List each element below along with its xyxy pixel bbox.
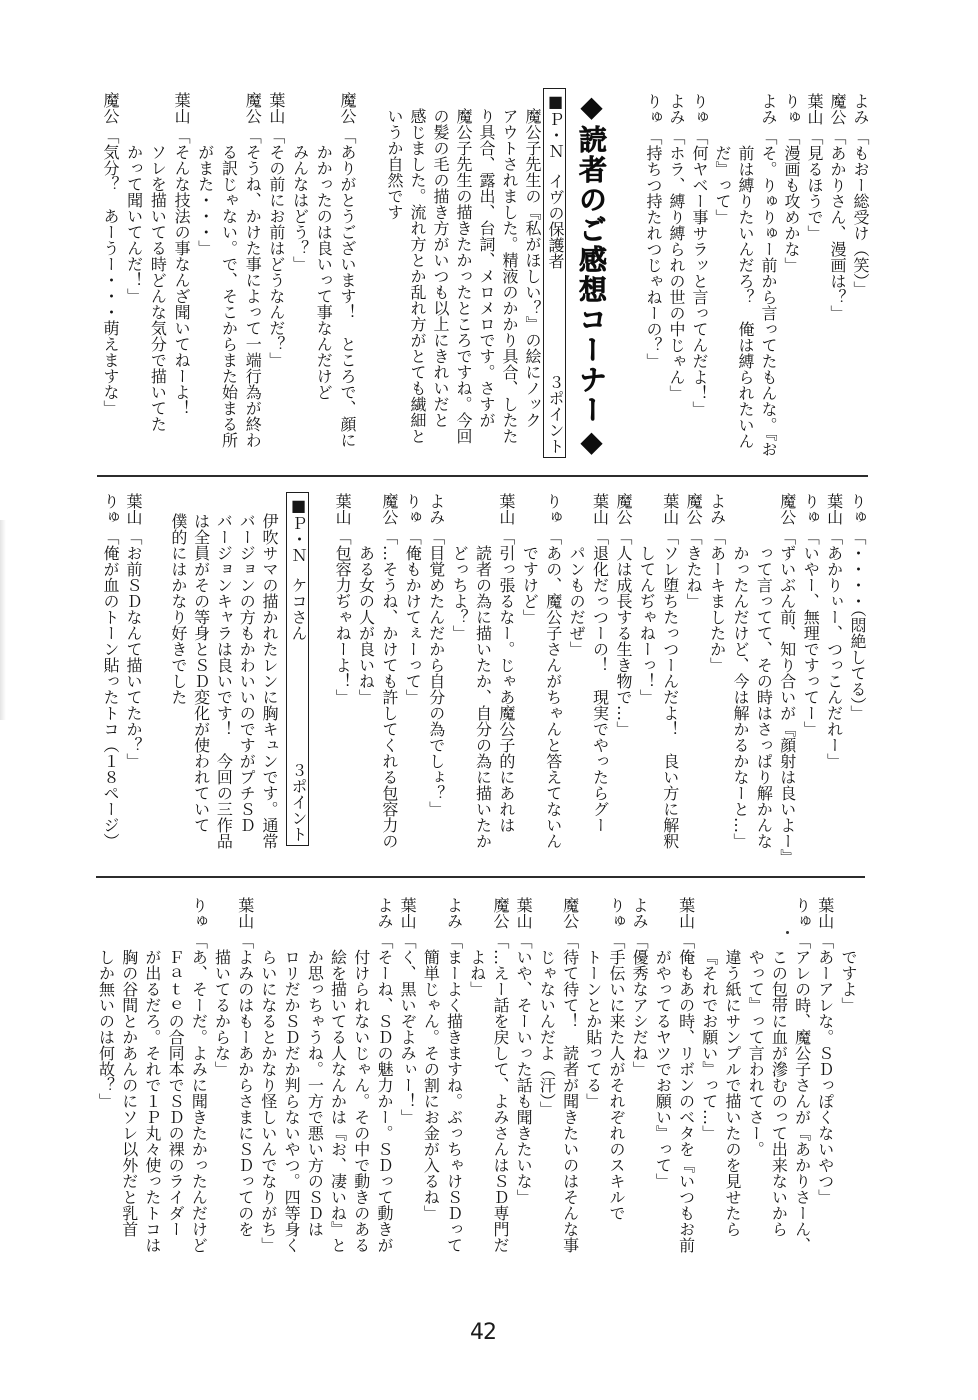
print-speck <box>786 931 789 934</box>
dialogue-entry: よみ「目覚めたんだから自分の為でしょ？」 <box>424 493 447 865</box>
dialogue-line: らいになるとかなり怪しいんでなりがち」 <box>257 897 280 1253</box>
dialogue-line: 「包容力ぢゃねーよ！」 <box>333 529 352 705</box>
speaker-name: 葉山 <box>169 92 193 128</box>
pen-name-label: ■Ｐ・Ｎ <box>546 92 565 159</box>
speaker-name: 葉山 <box>122 493 145 529</box>
dialogue-line: 「目覚めたんだから自分の為でしょ？」 <box>427 529 446 817</box>
middle-left-dialogue: 葉山「お前ＳＤなんて描いてたか？」 りゅ「俺が血のトーン貼ったトコ（１８ページ） <box>99 493 145 849</box>
dialogue-entry: りゅ「何ヤベー事サラッと言ってんだよ！」 <box>688 93 711 457</box>
speaker-name: 葉山 <box>822 493 845 529</box>
dialogue-entry: りゅ「俺もかけてぇーって」 <box>401 493 424 865</box>
speaker-name: 葉山 <box>396 897 419 933</box>
pen-name-label: ■Ｐ・Ｎ <box>289 496 308 563</box>
reader-letter-body: 魔公子先生の『私がほしい？』の絵にノック アウトされました。精液のかかり具合、し… <box>383 108 544 444</box>
dialogue-line: 「退化だっつーの！ 現実でやったらグー <box>591 529 610 833</box>
speaker-name: よみ <box>705 493 728 529</box>
scan-edge-shadow <box>0 520 6 720</box>
dialogue-line: 「そうね、かけた事によって一端行為が終わ <box>243 128 262 448</box>
dialogue-line: 簡単じゃん。その割にお金が入るね」 <box>419 897 442 1253</box>
dialogue-line: 「引っ張るなー。じゃあ魔公子的にあれは <box>497 529 516 833</box>
dialogue-line: る訳じゃない。で、そこからまた始まる所 <box>217 92 241 448</box>
speaker-name: 魔公 <box>335 92 359 128</box>
dialogue-entry: 魔公「…そうね、かけても許してくれる包容力の ある女の人が良いね」 <box>354 493 401 865</box>
speaker-name: 葉山 <box>495 493 518 529</box>
dialogue-entry: 葉山「く、黒いぞよみぃー！」 <box>396 897 419 1253</box>
speaker-name: りゅ <box>846 493 869 529</box>
dialogue-entry: りゅ「漫画も攻めかな」 <box>780 93 803 457</box>
dialogue-line: 「あ、そーだ。よみに聞きたかったんだけど <box>189 933 208 1253</box>
dialogue-line: 「人は成長する生き物で…」 <box>614 529 633 737</box>
dialogue-entry: 葉山「あーアレな。ＳＤっぽくないやつ」 <box>814 897 837 1253</box>
dialogue-line: かったんだけど、今は解かるかなーと…」 <box>729 493 752 865</box>
dialogue-entry: よみ「まーよく描きますね。ぶっちゃけＳＤって 簡単じゃん。その割にお金が入るね」 <box>419 897 465 1253</box>
dialogue-entry: 魔公「ずいぶん前、知り合いが『顔射は良いよー』 って言ってて、その時はさっぱり解… <box>729 493 799 865</box>
dialogue-line: よね」 <box>466 897 489 1253</box>
dialogue-entry: 魔公「あかりさん、漫画は？」 <box>826 93 849 457</box>
speaker-name: りゅ <box>799 493 822 529</box>
dialogue-line: 前は縛りたいんだろ？ 俺は縛られたいん <box>734 93 757 457</box>
dialogue-entry: 葉山「その前にお前はどうなんだ？」 <box>264 92 288 448</box>
dialogue-entry: 魔公「気分？ あーうー・・・萌えますな」 <box>98 92 122 448</box>
dialogue-entry: 魔公「…えー話を戻して、よみさんはＳＤ専門だ よね」 <box>466 897 512 1253</box>
dialogue-line: ですけど」 <box>518 493 541 865</box>
dialogue-line: 「きたね」 <box>684 529 703 609</box>
speaker-name: 魔公 <box>775 493 798 529</box>
dialogue-line: 「く、黒いぞよみぃー！」 <box>398 933 417 1125</box>
reader-letter-header: ■Ｐ・Ｎケコさん ３ポイント <box>286 492 309 846</box>
speaker-name: りゅ <box>99 493 122 529</box>
speaker-name: 魔公 <box>682 493 705 529</box>
dialogue-entry: 魔公「待て待て！ 読者が聞きたいのはそんな事 じゃないんだよ（汗）」 <box>535 897 581 1253</box>
dialogue-entry: 葉山「あかりぃー、つっこんだれー」 <box>822 493 845 865</box>
dialogue-line: がやってるヤツでお願い』って」 <box>651 897 674 1253</box>
dialogue-entry: りゅ「あ、そーだ。よみに聞きたかったんだけど Ｆａｔｅの合同本でＳＤの裸のライダ… <box>94 897 210 1253</box>
speaker-name: 魔公 <box>240 92 264 128</box>
speaker-name: よみ <box>628 897 651 933</box>
letter-body-line: 伊吹サマの描かれたレンに胸キュンです。通常 <box>257 513 280 849</box>
dialogue-entry: 葉山「いや、そーいった話も聞きたいな」 <box>512 897 535 1253</box>
letter-body-line: アウトされました。精液のかかり具合、したた <box>498 108 521 444</box>
speaker-name: よみ <box>665 93 688 129</box>
dialogue-line: やって』って言われてさー。 <box>744 897 767 1253</box>
dialogue-line: 「そ。りゅりゅー前から言ってたもんな。『お <box>759 129 778 457</box>
dialogue-line: 「俺もかけてぇーって」 <box>403 529 422 705</box>
dialogue-line: 「よみのはもーあからさまにＳＤってのを <box>236 933 255 1237</box>
dialogue-line: 「アレの時、魔公子さんが『あかりさーん、 <box>793 933 812 1253</box>
dialogue-line: 「あかりぃー、つっこんだれー」 <box>825 529 844 769</box>
dialogue-line: 絵を描いてる人なんかは『お、凄いね』と <box>326 897 349 1253</box>
dialogue-line: 「その前にお前はどうなんだ？」 <box>267 128 286 368</box>
speaker-name: 葉山 <box>331 493 354 529</box>
speaker-name: よみ <box>442 897 465 933</box>
letter-body-line: いうか自然です <box>383 108 406 444</box>
letter-body-line: バージョンの方もかわいいのですがプチＳＤ <box>234 513 257 849</box>
dialogue-line: 「もおー総受け（笑）」 <box>851 129 870 297</box>
speaker-name: 葉山 <box>803 93 826 129</box>
section-divider <box>96 876 865 878</box>
speaker-name: りゅ <box>401 493 424 529</box>
speaker-name: 葉山 <box>264 92 288 128</box>
dialogue-line: 「見るほうで」 <box>805 129 824 241</box>
dialogue-line: 「あかりさん、漫画は？」 <box>828 129 847 321</box>
speaker-name: りゅ <box>187 897 210 933</box>
speaker-name: 葉山 <box>234 897 257 933</box>
dialogue-line: ある女の人が良いね」 <box>354 493 377 865</box>
dialogue-entry: 葉山「退化だっつーの！ 現実でやったらグー パンものだぜ」 <box>565 493 612 865</box>
dialogue-line: か思っちゃうね。一方で悪い方のＳＤは <box>303 897 326 1253</box>
dialogue-line: ですよ」 <box>837 897 860 1253</box>
dialogue-entry: 魔公「人は成長する生き物で…」 <box>612 493 635 865</box>
dialogue-continuation: ですよ」 <box>837 897 860 1253</box>
dialogue-entry: 葉山「そんな技法の事なんざ聞いてねーよ！ ソレを描いてる時どんな気分で描いてた … <box>122 92 193 448</box>
reader-letter-body: 伊吹サマの描かれたレンに胸キュンです。通常 バージョンの方もかわいいのですがプチ… <box>166 513 280 849</box>
dialogue-line: トーンとか貼ってる」 <box>582 897 605 1253</box>
dialogue-line: 「俺もあの時、リボンのベタを『いつもお前 <box>677 933 696 1253</box>
speaker-name: りゅ <box>642 93 665 129</box>
dialogue-line: 「気分？ あーうー・・・萌えますな」 <box>101 128 120 416</box>
dialogue-entry: りゅ「アレの時、魔公子さんが『あかりさーん、 この包帯に血が滲むのって出来ないか… <box>698 897 814 1253</box>
dialogue-line: 描いてるからな」 <box>210 897 233 1253</box>
dialogue-line: 「お前ＳＤなんて描いてたか？」 <box>124 529 143 769</box>
dialogue-line: Ｆａｔｅの合同本でＳＤの裸のライダー <box>164 897 187 1253</box>
points-badge: ３ポイント <box>287 762 308 842</box>
dialogue-entry: りゅ「あの、魔公子さんがちゃんと答えてないん ですけど」 <box>518 493 565 865</box>
dialogue-line: してんぢゃねーっ！」 <box>635 493 658 865</box>
dialogue-entry: 葉山「ソレ堕ちたっつーんだよ！ 良い方に解釈 してんぢゃねーっ！」 <box>635 493 682 865</box>
dialogue-line: ソレを描いてる時どんな気分で描いてた <box>146 92 170 448</box>
dialogue-entry: よみ「あーキましたか」 <box>705 493 728 865</box>
dialogue-line: 「あーキましたか」 <box>708 529 727 673</box>
dialogue-line: みんなはどう？」 <box>288 92 312 448</box>
dialogue-entry: 葉山「よみのはもーあからさまにＳＤってのを 描いてるからな」 <box>210 897 256 1253</box>
dialogue-entry: りゅ「持ちつ持たれつじゃねーの？」 <box>642 93 665 457</box>
dialogue-entry: 魔公「そうね、かけた事によって一端行為が終わ る訳じゃない。で、そこからまた始ま… <box>193 92 264 448</box>
dialogue-line: 「何ヤベー事サラッと言ってんだよ！」 <box>690 129 709 417</box>
dialogue-line: 「ソレ堕ちたっつーんだよ！ 良い方に解釈 <box>661 529 680 849</box>
dialogue-line: 「いや、そーいった話も聞きたいな」 <box>514 933 533 1205</box>
top-right-dialogue: よみ「もおー総受け（笑）」 魔公「あかりさん、漫画は？」 葉山「見るほうで」 り… <box>642 93 872 457</box>
dialogue-entry: りゅ「俺が血のトーン貼ったトコ（１８ページ） <box>99 493 122 849</box>
corner-title: ◆読者のご感想コーナー◆ <box>578 90 605 460</box>
letter-body-line: の髪の毛の描き方がいつも以上にきれいだと <box>429 108 452 444</box>
speaker-name: 魔公 <box>377 493 400 529</box>
letter-body-line: バージョンキャラは良いです！ 今回の三作品 <box>212 513 235 849</box>
speaker-name: りゅ <box>780 93 803 129</box>
speaker-name: よみ <box>757 93 780 129</box>
letter-body-line: 僕的にはかなり好きでした <box>166 513 189 849</box>
dialogue-line: しか無いのは何故？」 <box>94 897 117 1253</box>
letter-body-line: 魔公子先生の『私がほしい？』の絵にノック <box>521 108 544 444</box>
dialogue-line: 「…えー話を戻して、よみさんはＳＤ専門だ <box>491 933 510 1253</box>
dialogue-line: 付けられないじゃん。その中で動きのある <box>350 897 373 1253</box>
speaker-name: 魔公 <box>98 92 122 128</box>
letter-body-line: 感じました。流れ方とか乱れ方がとても繊細と <box>406 108 429 444</box>
dialogue-line: 「いやー、無理ですってー」 <box>801 529 820 737</box>
speaker-name: よみ <box>424 493 447 529</box>
dialogue-entry: りゅ「いやー、無理ですってー」 <box>799 493 822 865</box>
speaker-name: りゅ <box>605 897 628 933</box>
dialogue-line: 「そんな技法の事なんざ聞いてねーよ！ <box>172 128 191 416</box>
dialogue-line: 「ホラ、縛り縛られの世の中じゃん」 <box>667 129 686 401</box>
speaker-name: 魔公 <box>826 93 849 129</box>
page-number: 42 <box>470 1320 496 1345</box>
speaker-name: りゅ <box>541 493 564 529</box>
bottom-dialogue: ですよ」 葉山「あーアレな。ＳＤっぽくないやつ」 りゅ「アレの時、魔公子さんが『… <box>94 897 860 1253</box>
dialogue-entry: よみ「優秀なアシだね」 <box>628 897 651 1253</box>
dialogue-entry: よみ「もおー総受け（笑）」 <box>849 93 872 457</box>
dialogue-line: 「まーよく描きますね。ぶっちゃけＳＤって <box>445 933 464 1253</box>
dialogue-entry: 葉山「見るほうで」 <box>803 93 826 457</box>
dialogue-entry: 魔公「ありがとうございます！ ところで、顔に かかったのは良いって事なんだけど … <box>288 92 359 448</box>
points-badge: ３ポイント <box>544 374 565 454</box>
letter-body-line: 魔公子先生の描きたかったところですね。今回 <box>452 108 475 444</box>
dialogue-line: かって聞いてんだ！」 <box>122 92 146 448</box>
dialogue-line: 「あの、魔公子さんがちゃんと答えてないん <box>544 529 563 849</box>
dialogue-entry: りゅ「手伝いに来た人がそれぞれのスキルで トーンとか貼ってる」 <box>582 897 628 1253</box>
pen-name: ケコさん <box>289 577 308 641</box>
dialogue-entry: よみ「そーね、ＳＤの魅力かー。ＳＤって動きが 付けられないじゃん。その中で動きの… <box>257 897 396 1253</box>
dialogue-line: どっちよ？」 <box>448 493 471 865</box>
dialogue-line: 『それでお願い』って…」 <box>698 897 721 1253</box>
speaker-name: 魔公 <box>558 897 581 933</box>
dialogue-line: がまた・・・」 <box>193 92 217 448</box>
speaker-name: 葉山 <box>658 493 681 529</box>
dialogue-line: 「そーね、ＳＤの魅力かー。ＳＤって動きが <box>375 933 394 1253</box>
dialogue-line: かかったのは良いって事なんだけど <box>312 92 336 448</box>
dialogue-entry: 葉山「お前ＳＤなんて描いてたか？」 <box>122 493 145 849</box>
dialogue-entry: 葉山「俺もあの時、リボンのベタを『いつもお前 がやってるヤツでお願い』って」 <box>651 897 697 1253</box>
dialogue-entry: りゅ「・・・・（悶絶してる）」 <box>846 493 869 865</box>
dialogue-line: って言ってて、その時はさっぱり解かんな <box>752 493 775 865</box>
dialogue-line: 「俺が血のトーン貼ったトコ（１８ページ） <box>101 529 120 849</box>
letter-body-line: は全員がその等身とＳＤ変化が使われていて <box>189 513 212 849</box>
middle-dialogue: りゅ「・・・・（悶絶してる）」 葉山「あかりぃー、つっこんだれー」 りゅ「いやー… <box>331 493 869 865</box>
speaker-name: 魔公 <box>612 493 635 529</box>
speaker-name: 葉山 <box>512 897 535 933</box>
dialogue-line: 「あーアレな。ＳＤっぽくないやつ」 <box>816 933 835 1205</box>
dialogue-line: パンものだぜ」 <box>565 493 588 865</box>
dialogue-line: 「ずいぶん前、知り合いが『顔射は良いよー』 <box>778 529 797 865</box>
speaker-name: よみ <box>373 897 396 933</box>
speaker-name: よみ <box>849 93 872 129</box>
speaker-name: 葉山 <box>814 897 837 933</box>
dialogue-line: 読者の為に描いたか、自分の為に描いたか <box>471 493 494 865</box>
dialogue-line: 「…そうね、かけても許してくれる包容力の <box>380 529 399 849</box>
top-left-dialogue: 魔公「ありがとうございます！ ところで、顔に かかったのは良いって事なんだけど … <box>98 92 359 448</box>
dialogue-line: 違う紙にサンプルで描いたのを見せたら <box>721 897 744 1253</box>
speaker-name: 葉山 <box>674 897 697 933</box>
letter-body-line: り具合、露出、台詞、メロメロです。さすが <box>475 108 498 444</box>
dialogue-line: 「待て待て！ 読者が聞きたいのはそんな事 <box>561 933 580 1253</box>
dialogue-line: だ』って」 <box>711 93 734 457</box>
dialogue-entry: よみ「ホラ、縛り縛られの世の中じゃん」 <box>665 93 688 457</box>
dialogue-entry: 魔公「きたね」 <box>682 493 705 865</box>
dialogue-line: 「優秀なアシだね」 <box>630 933 649 1077</box>
dialogue-entry: 葉山「引っ張るなー。じゃあ魔公子的にあれは 読者の為に描いたか、自分の為に描いた… <box>448 493 518 865</box>
dialogue-entry: よみ「そ。りゅりゅー前から言ってたもんな。『お 前は縛りたいんだろ？ 俺は縛られ… <box>711 93 780 457</box>
dialogue-line: 「持ちつ持たれつじゃねーの？」 <box>644 129 663 369</box>
section-divider <box>97 475 868 477</box>
dialogue-line: 「手伝いに来た人がそれぞれのスキルで <box>607 933 626 1221</box>
speaker-name: 魔公 <box>489 897 512 933</box>
dialogue-line: 「ありがとうございます！ ところで、顔に <box>338 128 357 448</box>
dialogue-line: が出るだろ。それで１Ｐ丸々使ったトコは <box>141 897 164 1253</box>
dialogue-entry: 葉山「包容力ぢゃねーよ！」 <box>331 493 354 865</box>
reader-letter-header: ■Ｐ・Ｎイヴの保護者 ３ポイント <box>543 88 566 458</box>
dialogue-line: 「漫画も攻めかな」 <box>782 129 801 273</box>
dialogue-line: 胸の谷間とかあんのにソレ以外だと乳首 <box>118 897 141 1253</box>
pen-name: イヴの保護者 <box>546 173 565 269</box>
dialogue-line: 「・・・・（悶絶してる）」 <box>848 529 867 721</box>
speaker-name: 葉山 <box>588 493 611 529</box>
dialogue-line: ロリだかＳＤだか判らないやつ。四等身く <box>280 897 303 1253</box>
dialogue-line: この包帯に血が滲むのって出来ないから <box>767 897 790 1253</box>
dialogue-line: じゃないんだよ（汗）」 <box>535 897 558 1253</box>
speaker-name: りゅ <box>790 897 813 933</box>
speaker-name: りゅ <box>688 93 711 129</box>
